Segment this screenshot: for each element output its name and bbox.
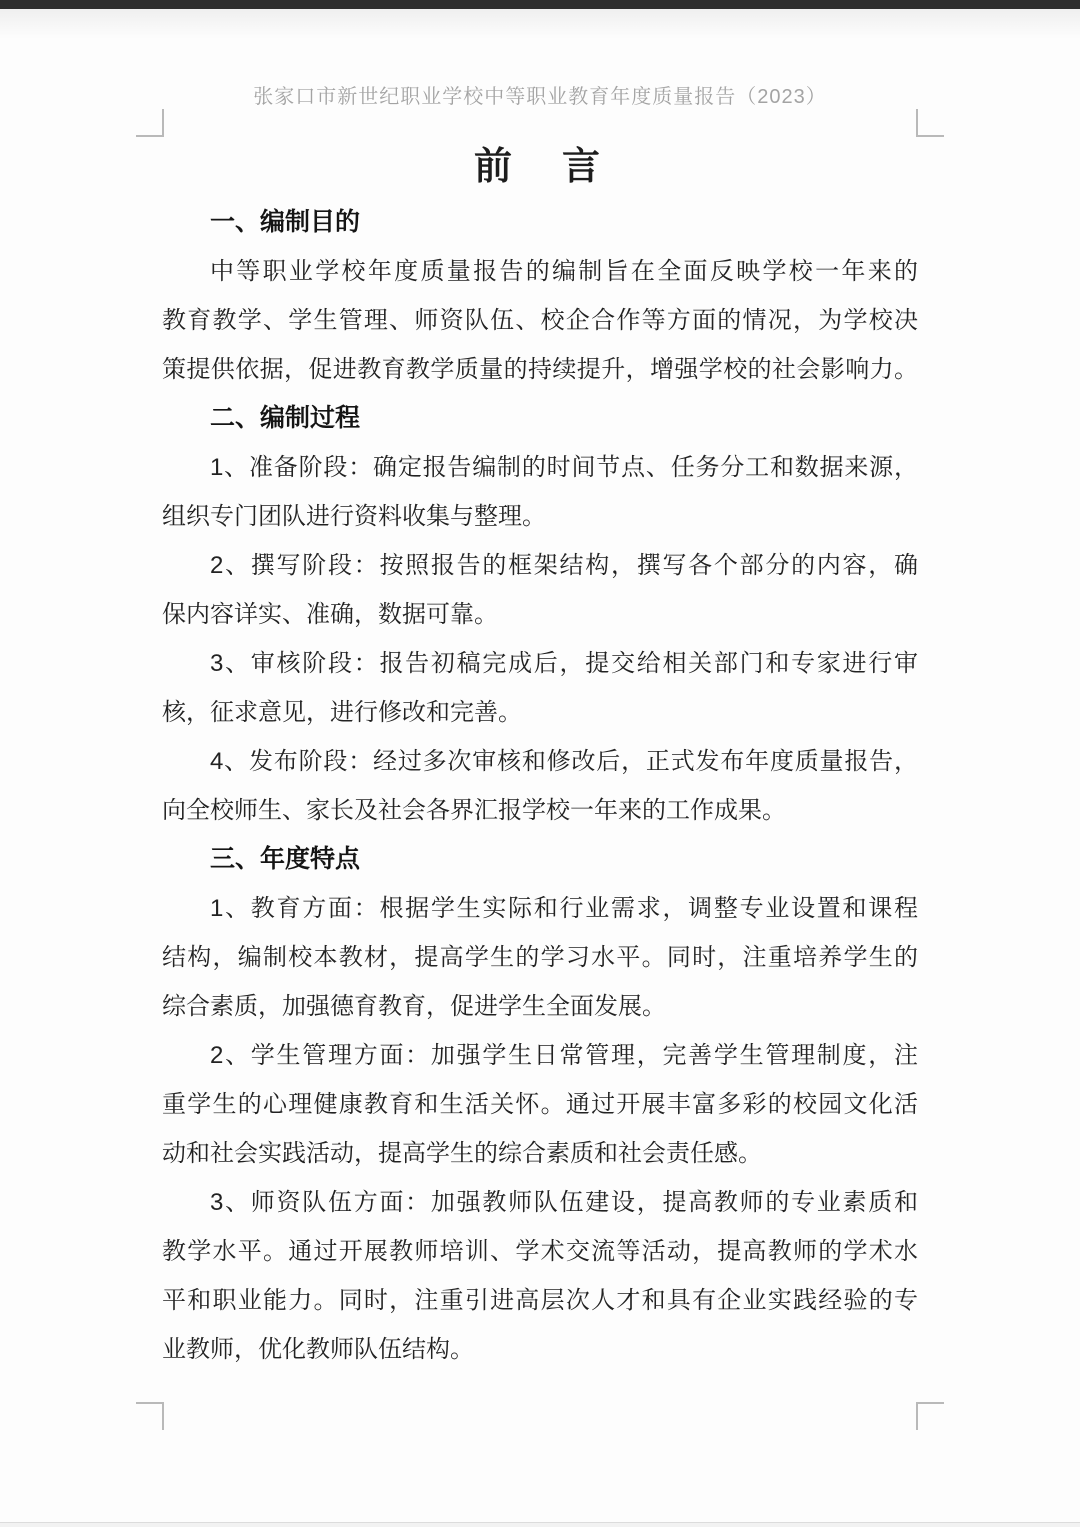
section-heading-3: 三、年度特点 [162,835,918,884]
paragraph-line: 2、撰写阶段：按照报告的框架结构，撰写各个部分的内容，确 [162,541,918,590]
margin-crop-mark-top-left [136,109,164,137]
paragraph-line: 向全校师生、家长及社会各界汇报学校一年来的工作成果。 [162,786,918,835]
paragraph-line: 1、准备阶段：确定报告编制的时间节点、任务分工和数据来源， [162,443,918,492]
document-page: 张家口市新世纪职业学校中等职业教育年度质量报告（2023） 前 言 一、编制目的… [0,0,1080,1527]
paragraph-line: 业教师，优化教师队伍结构。 [162,1325,918,1374]
paragraph-line: 教育教学、学生管理、师资队伍、校企合作等方面的情况，为学校决 [162,296,918,345]
document-title: 前 言 [162,140,918,198]
paragraph-line: 3、审核阶段：报告初稿完成后，提交给相关部门和专家进行审 [162,639,918,688]
paragraph-line: 组织专门团队进行资料收集与整理。 [162,492,918,541]
section-heading-2: 二、编制过程 [162,394,918,443]
paragraph-line: 策提供依据，促进教育教学质量的持续提升，增强学校的社会影响力。 [162,345,918,394]
top-dark-strip [0,0,1080,9]
paragraph-line: 3、师资队伍方面：加强教师队伍建设，提高教师的专业素质和 [162,1178,918,1227]
section-heading-1: 一、编制目的 [162,198,918,247]
paragraph-line: 1、教育方面：根据学生实际和行业需求，调整专业设置和课程 [162,884,918,933]
paragraph-line: 4、发布阶段：经过多次审核和修改后，正式发布年度质量报告， [162,737,918,786]
paragraph-line: 结构，编制校本教材，提高学生的学习水平。同时，注重培养学生的 [162,933,918,982]
page-header: 张家口市新世纪职业学校中等职业教育年度质量报告（2023） [0,80,1080,109]
document-body: 前 言 一、编制目的中等职业学校年度质量报告的编制旨在全面反映学校一年来的教育教… [162,140,918,1374]
paragraph-line: 2、学生管理方面：加强学生日常管理，完善学生管理制度，注 [162,1031,918,1080]
paragraph-line: 重学生的心理健康教育和生活关怀。通过开展丰富多彩的校园文化活 [162,1080,918,1129]
margin-crop-mark-bottom-right [916,1402,944,1430]
bottom-page-edge [0,1522,1080,1527]
margin-crop-mark-bottom-left [136,1402,164,1430]
paragraph-line: 综合素质，加强德育教育，促进学生全面发展。 [162,982,918,1031]
paragraph-line: 保内容详实、准确，数据可靠。 [162,590,918,639]
paragraph-line: 核，征求意见，进行修改和完善。 [162,688,918,737]
top-shade [0,9,1080,39]
paragraph-line: 动和社会实践活动，提高学生的综合素质和社会责任感。 [162,1129,918,1178]
margin-crop-mark-top-right [916,109,944,137]
paragraph-line: 中等职业学校年度质量报告的编制旨在全面反映学校一年来的 [162,247,918,296]
paragraph-line: 平和职业能力。同时，注重引进高层次人才和具有企业实践经验的专 [162,1276,918,1325]
paragraph-line: 教学水平。通过开展教师培训、学术交流等活动，提高教师的学术水 [162,1227,918,1276]
